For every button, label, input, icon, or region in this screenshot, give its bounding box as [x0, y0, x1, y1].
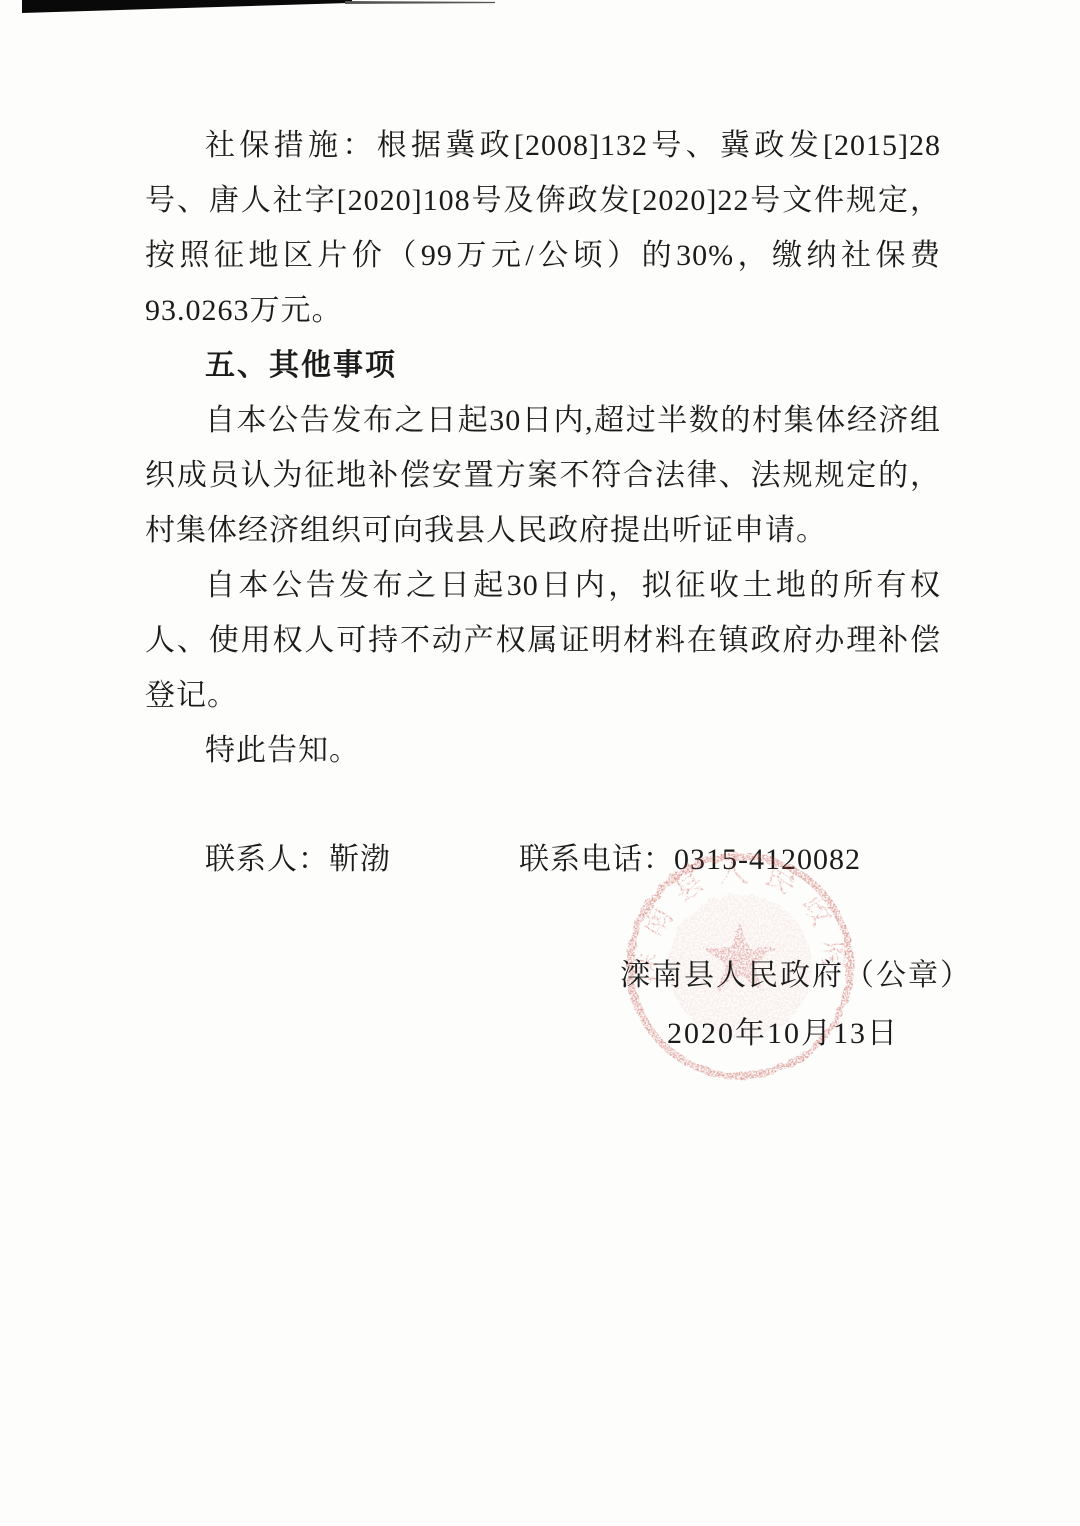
- contact-person-label: 联系人：: [205, 843, 329, 876]
- document-body: 社保措施：根据冀政[2008]132号、冀政发[2015]28号、唐人社字[20…: [145, 118, 941, 887]
- scan-artifact-streak: [22, 0, 352, 13]
- paragraph-notice-closing: 特此告知。: [145, 723, 941, 778]
- signature-date: 2020年10月13日: [667, 1008, 899, 1052]
- contact-person-name: 靳渤: [329, 843, 391, 876]
- paragraph-compensation-registration: 自本公告发布之日起30日内，拟征收土地的所有权人、使用权人可持不动产权属证明材料…: [145, 558, 941, 723]
- scan-artifact-streak-tail: [345, 1, 495, 4]
- paragraph-social-security-measures: 社保措施：根据冀政[2008]132号、冀政发[2015]28号、唐人社字[20…: [145, 118, 941, 338]
- section-heading-other-matters: 五、其他事项: [145, 338, 941, 393]
- paragraph-hearing-request: 自本公告发布之日起30日内,超过半数的村集体经济组织成员认为征地补偿安置方案不符…: [145, 393, 941, 558]
- signature-issuer: 滦南县人民政府（公章）: [620, 950, 972, 994]
- scanned-notice-page: 社保措施：根据冀政[2008]132号、冀政发[2015]28号、唐人社字[20…: [0, 0, 1080, 1526]
